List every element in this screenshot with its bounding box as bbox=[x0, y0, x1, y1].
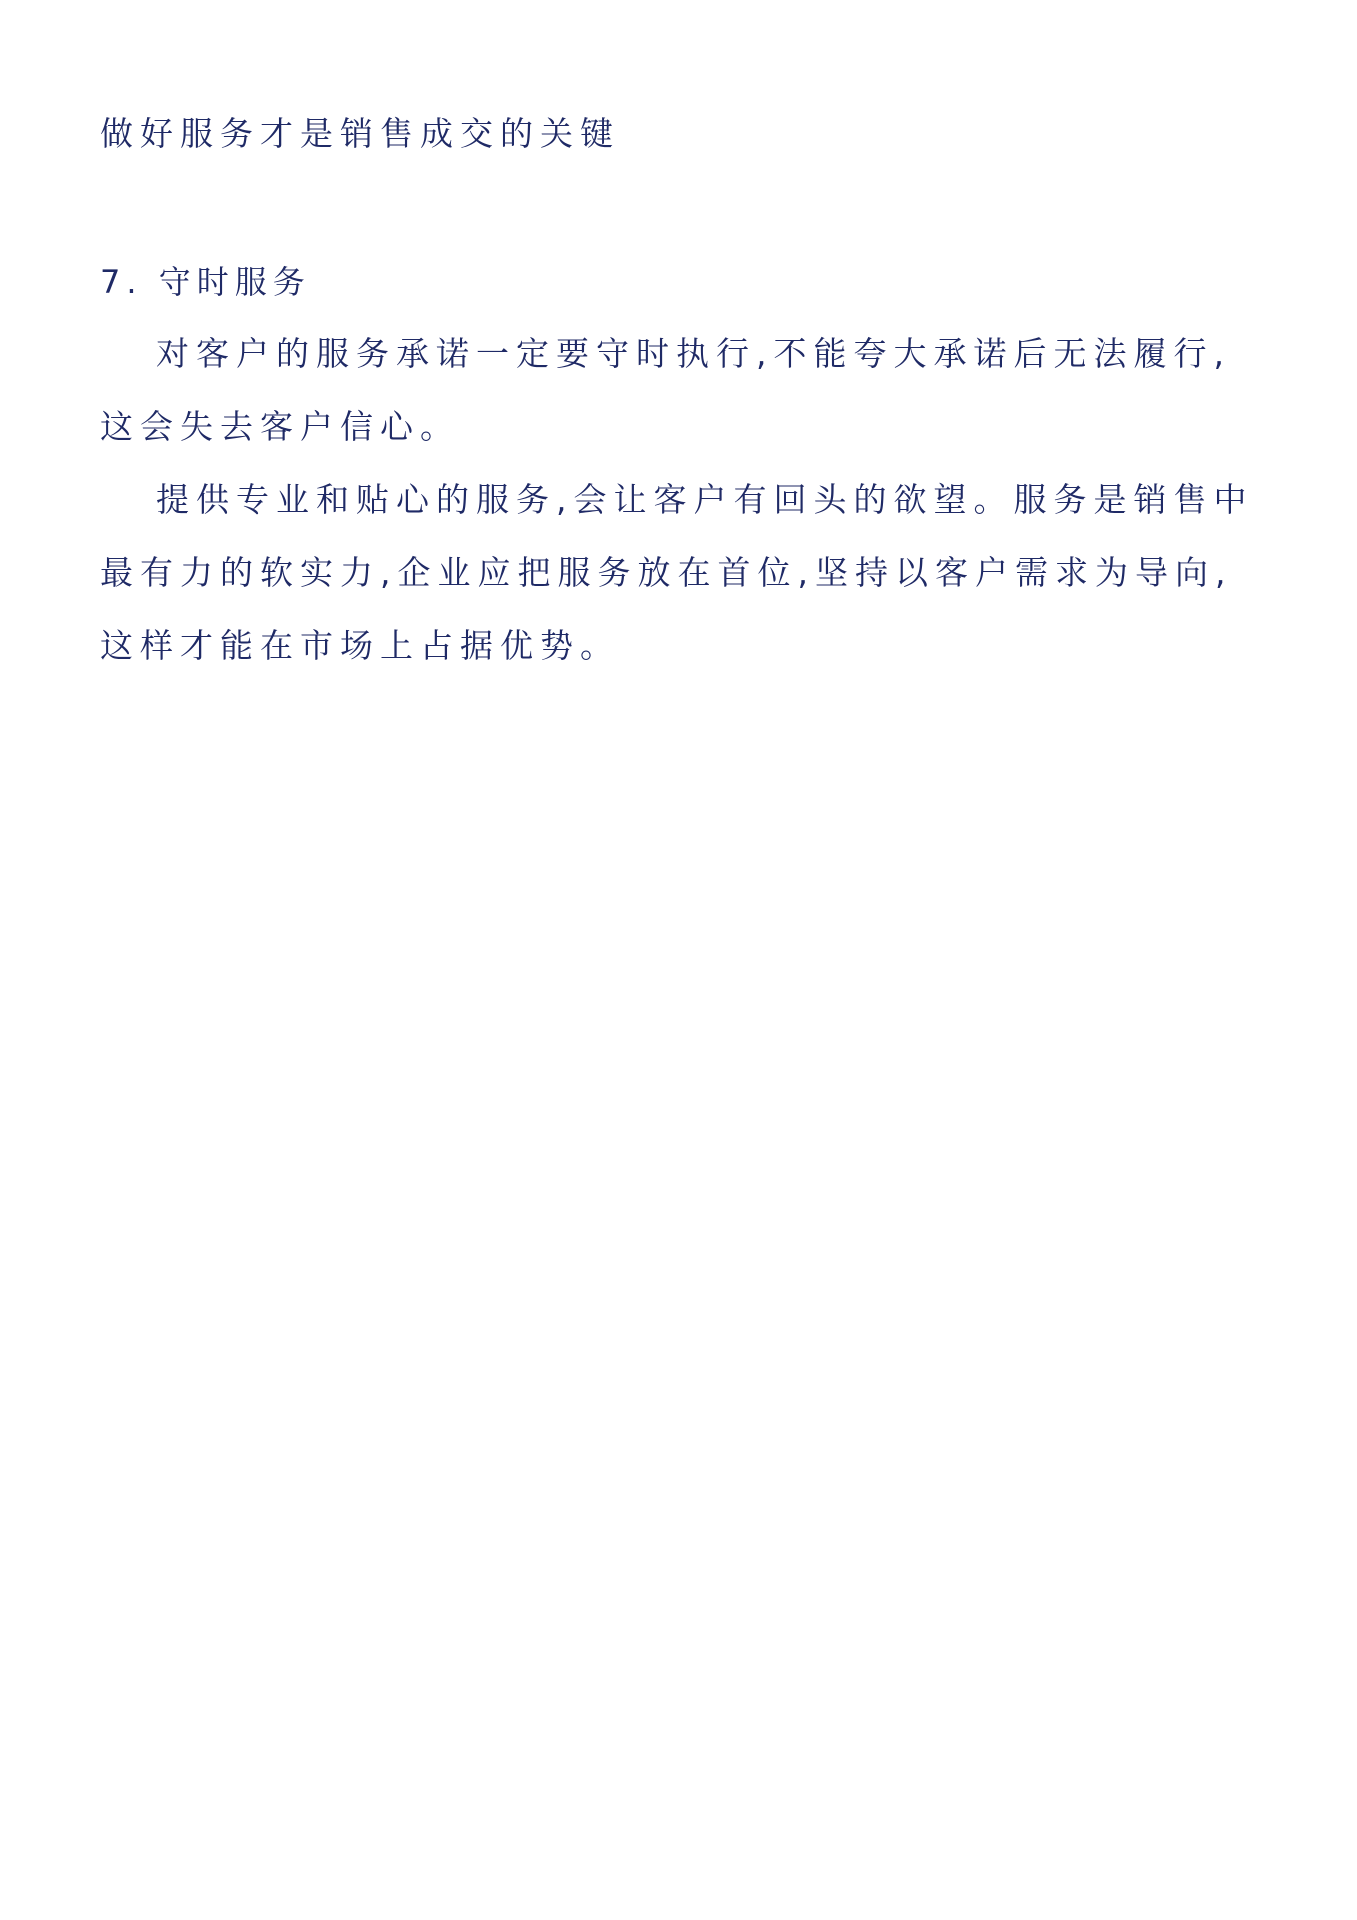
paragraph-1-line-1: 对客户的服务承诺一定要守时执行,不能夸大承诺后无法履行, bbox=[156, 332, 1231, 376]
paragraph-1-line-2: 这会失去客户信心。 bbox=[100, 405, 460, 449]
paragraph-2-line-3: 这样才能在市场上占据优势。 bbox=[100, 624, 620, 668]
section-heading: 7. 守时服务 bbox=[100, 260, 311, 304]
paragraph-2-line-2: 最有力的软实力,企业应把服务放在首位,坚持以客户需求为导向, bbox=[100, 551, 1232, 595]
document-page: 做好服务才是销售成交的关键 7. 守时服务 对客户的服务承诺一定要守时执行,不能… bbox=[0, 0, 1357, 1920]
paragraph-2-line-1: 提供专业和贴心的服务,会让客户有回头的欲望。服务是销售中 bbox=[156, 478, 1254, 522]
intro-line: 做好服务才是销售成交的关键 bbox=[100, 112, 620, 156]
